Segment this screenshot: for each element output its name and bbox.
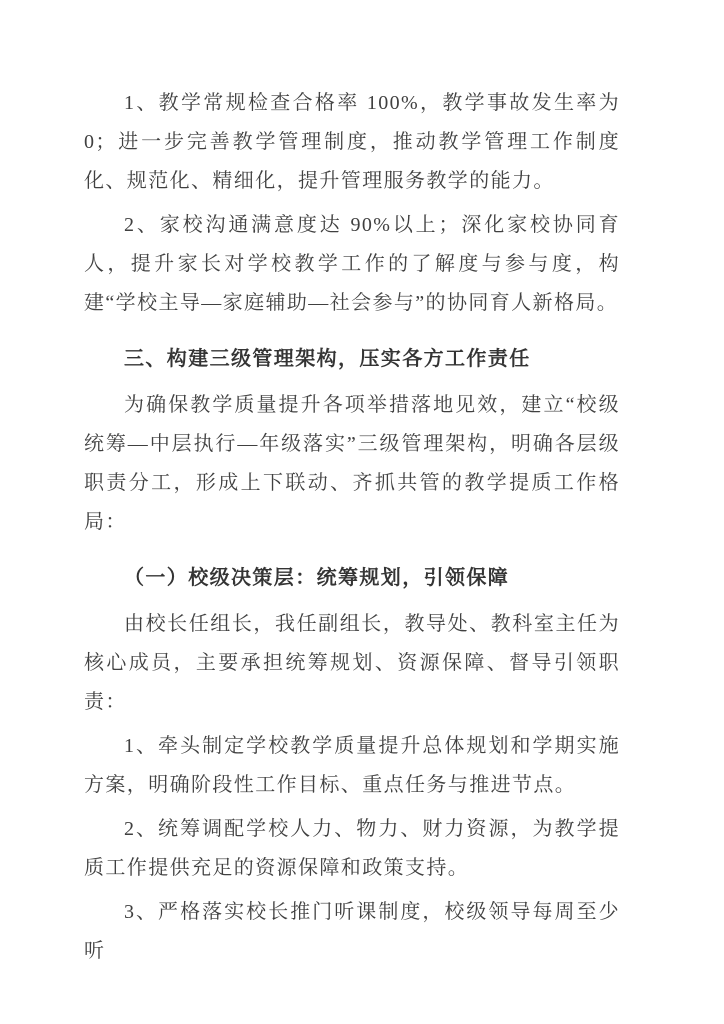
paragraph-duty-3-partial: 3、严格落实校长推门听课制度，校级领导每周至少听 [84, 893, 620, 971]
paragraph-leadership-group: 由校长任组长，我任副组长，教导处、教科室主任为核心成员，主要承担统筹规划、资源保… [84, 605, 620, 722]
paragraph-duty-2: 2、统筹调配学校人力、物力、财力资源，为教学提质工作提供充足的资源保障和政策支持… [84, 810, 620, 888]
paragraph-architecture-intro: 为确保教学质量提升各项举措落地见效，建立“校级统筹—中层执行—年级落实”三级管理… [84, 386, 620, 542]
paragraph-duty-1: 1、牵头制定学校教学质量提升总体规划和学期实施方案，明确阶段性工作目标、重点任务… [84, 727, 620, 805]
paragraph-goal-1: 1、教学常规检查合格率 100%，教学事故发生率为 0；进一步完善教学管理制度，… [84, 84, 620, 201]
subsection-heading-one: （一）校级决策层：统筹规划，引领保障 [84, 559, 620, 598]
document-page: 1、教学常规检查合格率 100%，教学事故发生率为 0；进一步完善教学管理制度，… [0, 0, 724, 1024]
section-heading-three: 三、构建三级管理架构，压实各方工作责任 [84, 340, 620, 379]
paragraph-goal-2: 2、家校沟通满意度达 90%以上；深化家校协同育人，提升家长对学校教学工作的了解… [84, 206, 620, 323]
